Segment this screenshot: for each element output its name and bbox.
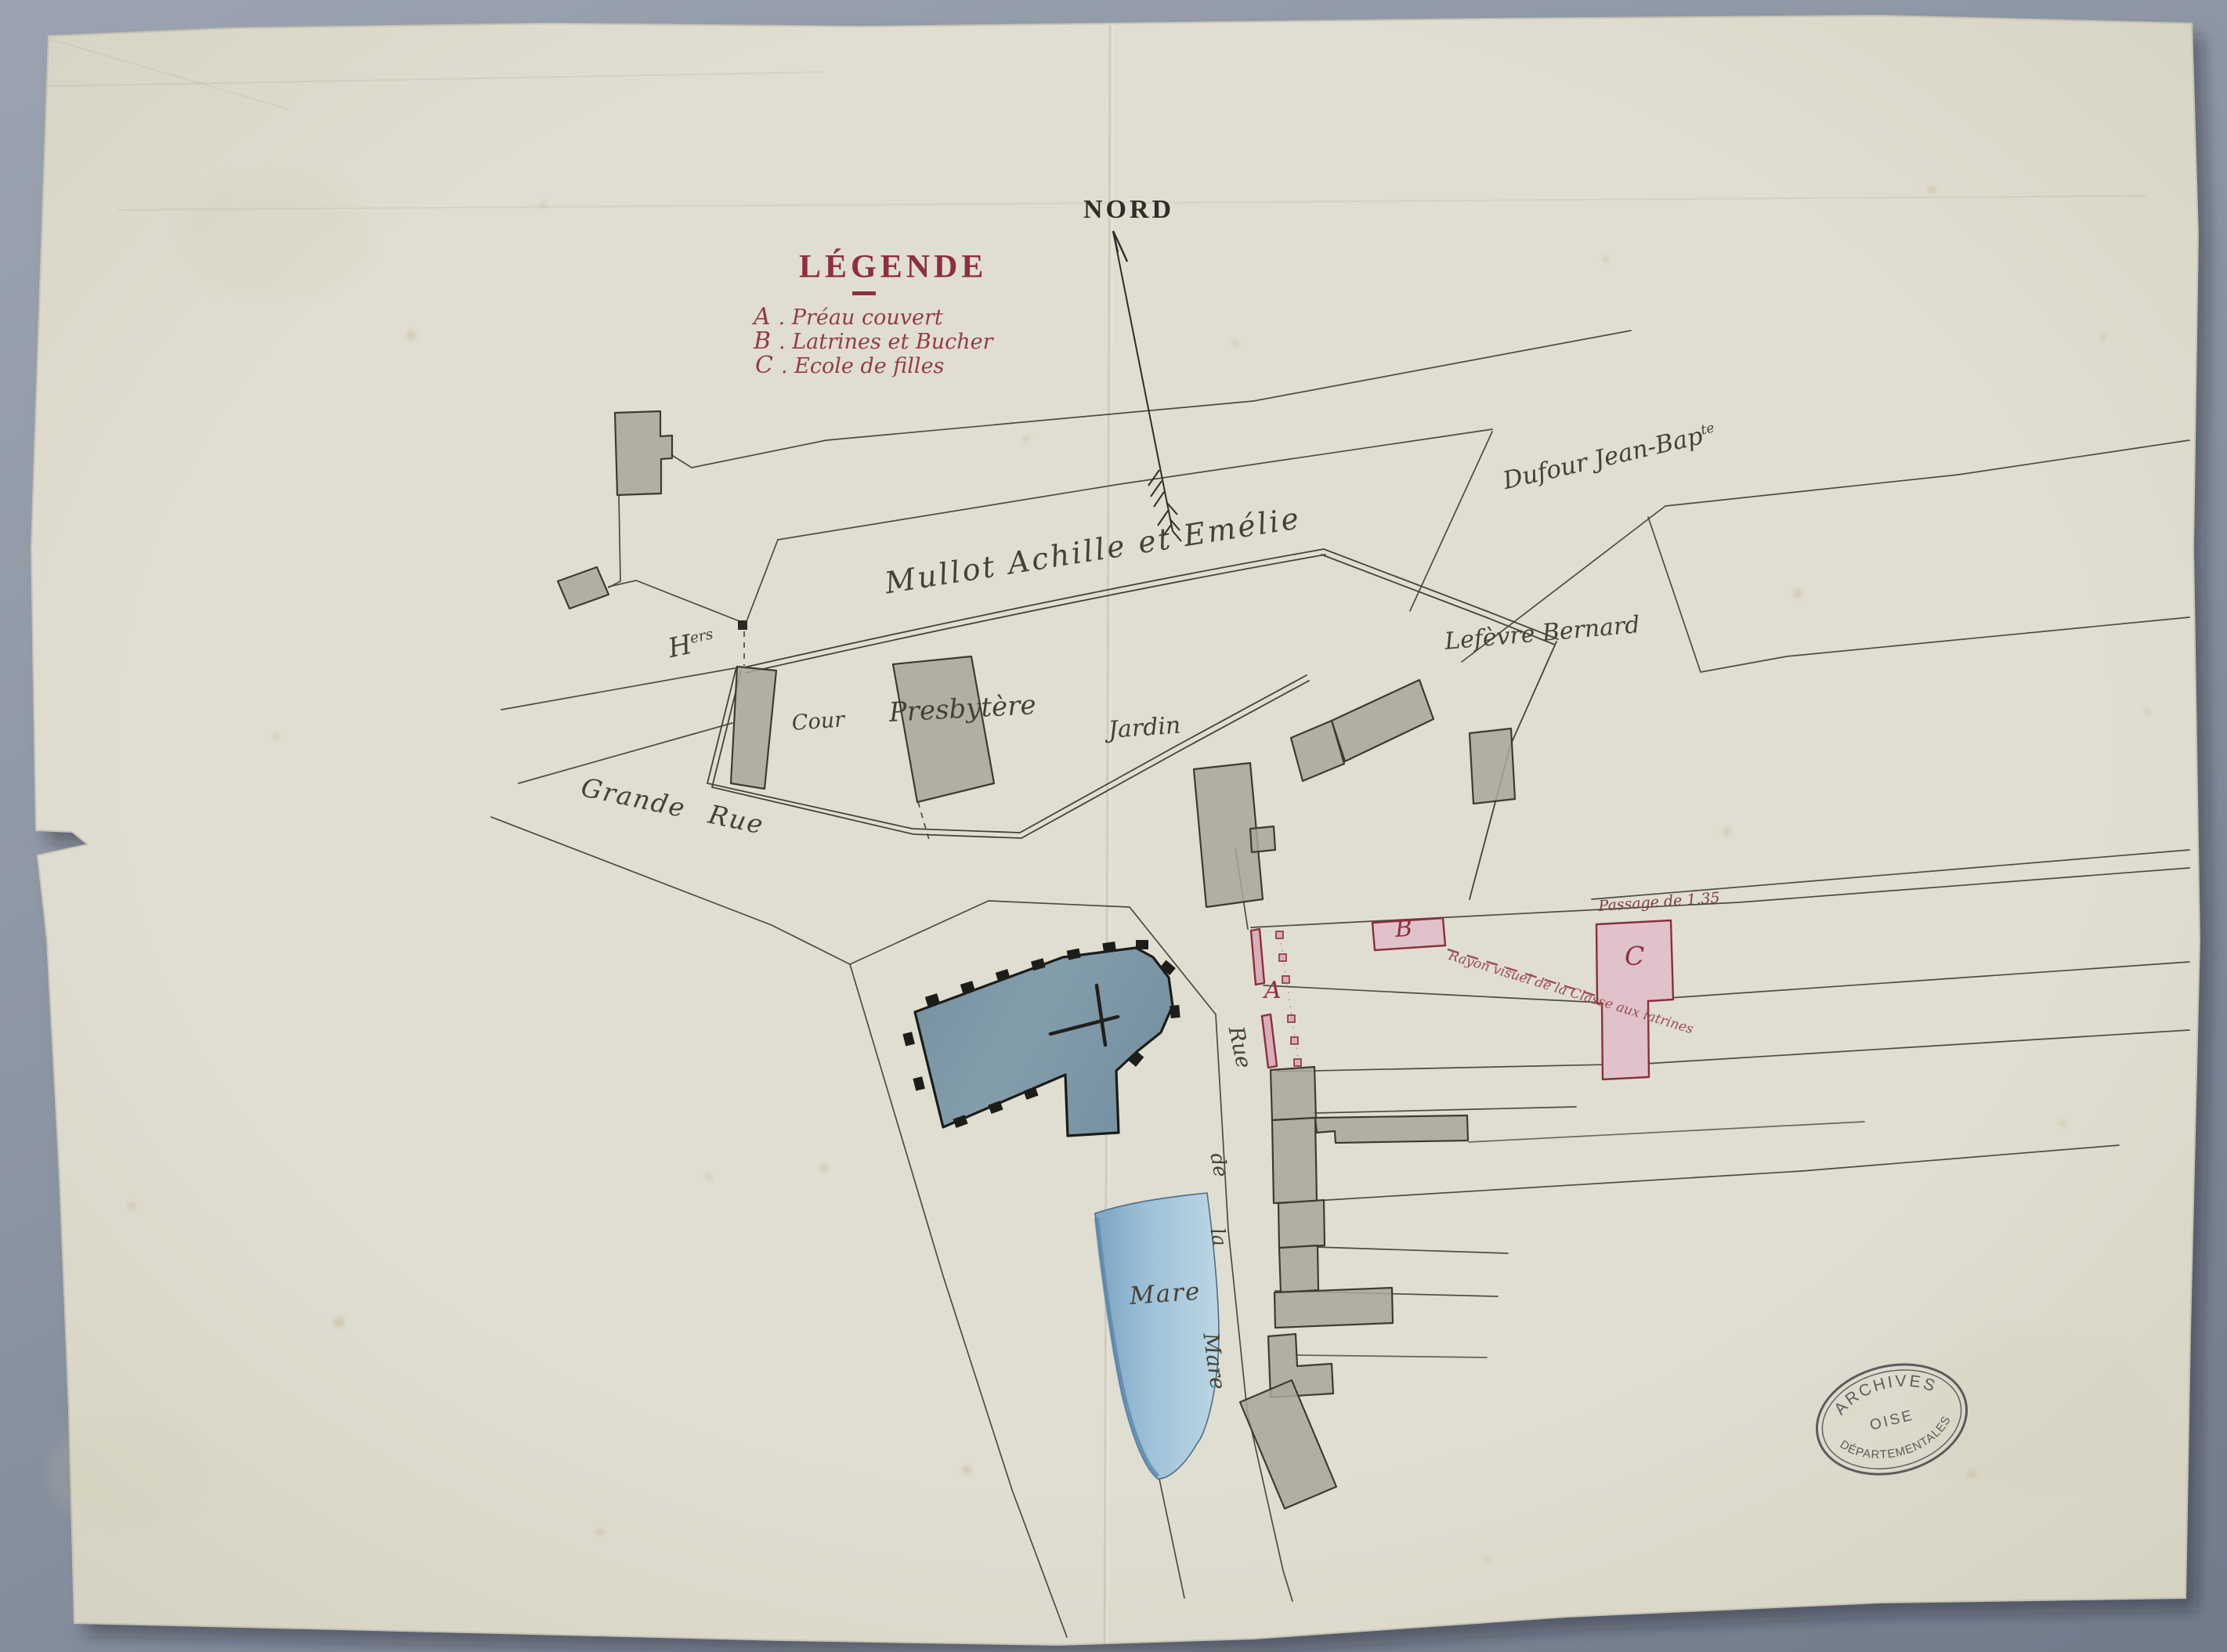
heirs-suffix: ers xyxy=(689,626,714,647)
gate-post-marker xyxy=(738,620,747,630)
street-row-5 xyxy=(1274,1288,1393,1328)
street-label-de: de xyxy=(1207,1151,1231,1179)
legend-title: LÉGENDE xyxy=(799,251,987,284)
street-row-2 xyxy=(1272,1118,1317,1203)
legend-sep-c: . xyxy=(781,354,788,378)
map-document: ARCHIVES OISE DÉPARTEMENTALES NORD LÉGEN… xyxy=(0,0,2227,1652)
legend-label-b: Latrines et Bucher xyxy=(792,330,992,354)
building-letter-b: B xyxy=(1394,916,1413,941)
building-letter-a: A xyxy=(1264,979,1282,1003)
street-row-1 xyxy=(1271,1067,1316,1120)
building-letter-c: C xyxy=(1625,943,1644,969)
legend-sep-b: . xyxy=(779,330,786,354)
legend-underline xyxy=(852,291,876,295)
lane-building-ext xyxy=(1250,826,1275,852)
parcel-label-jardin: Jardin xyxy=(1108,714,1181,743)
legend-label-a: Préau couvert xyxy=(792,305,943,330)
legend-key-b: B xyxy=(754,327,771,355)
street-row-4 xyxy=(1279,1245,1318,1292)
legend-key-a: A xyxy=(754,303,771,331)
street-row-wing xyxy=(1315,1115,1468,1143)
street-row-3 xyxy=(1278,1200,1325,1248)
building-label-cour: Cour xyxy=(791,709,845,734)
building-label-presbytere: Presbytère xyxy=(888,692,1036,726)
street-label-la: la xyxy=(1207,1227,1230,1248)
east-small-building xyxy=(1470,728,1515,804)
legend-item-a: A. Préau couvert xyxy=(754,305,943,329)
north-label: NORD xyxy=(1083,197,1174,223)
legend-item-c: C. Ecole de filles xyxy=(755,354,944,378)
plan-drawing: ARCHIVES OISE DÉPARTEMENTALES xyxy=(0,0,2227,1652)
legend-sep-a: . xyxy=(779,305,786,330)
legend-key-c: C xyxy=(755,352,773,379)
legend-label-c: Ecole de filles xyxy=(794,354,944,378)
legend-item-b: B. Latrines et Bucher xyxy=(754,330,993,353)
pond-label-mare: Mare xyxy=(1129,1280,1202,1309)
